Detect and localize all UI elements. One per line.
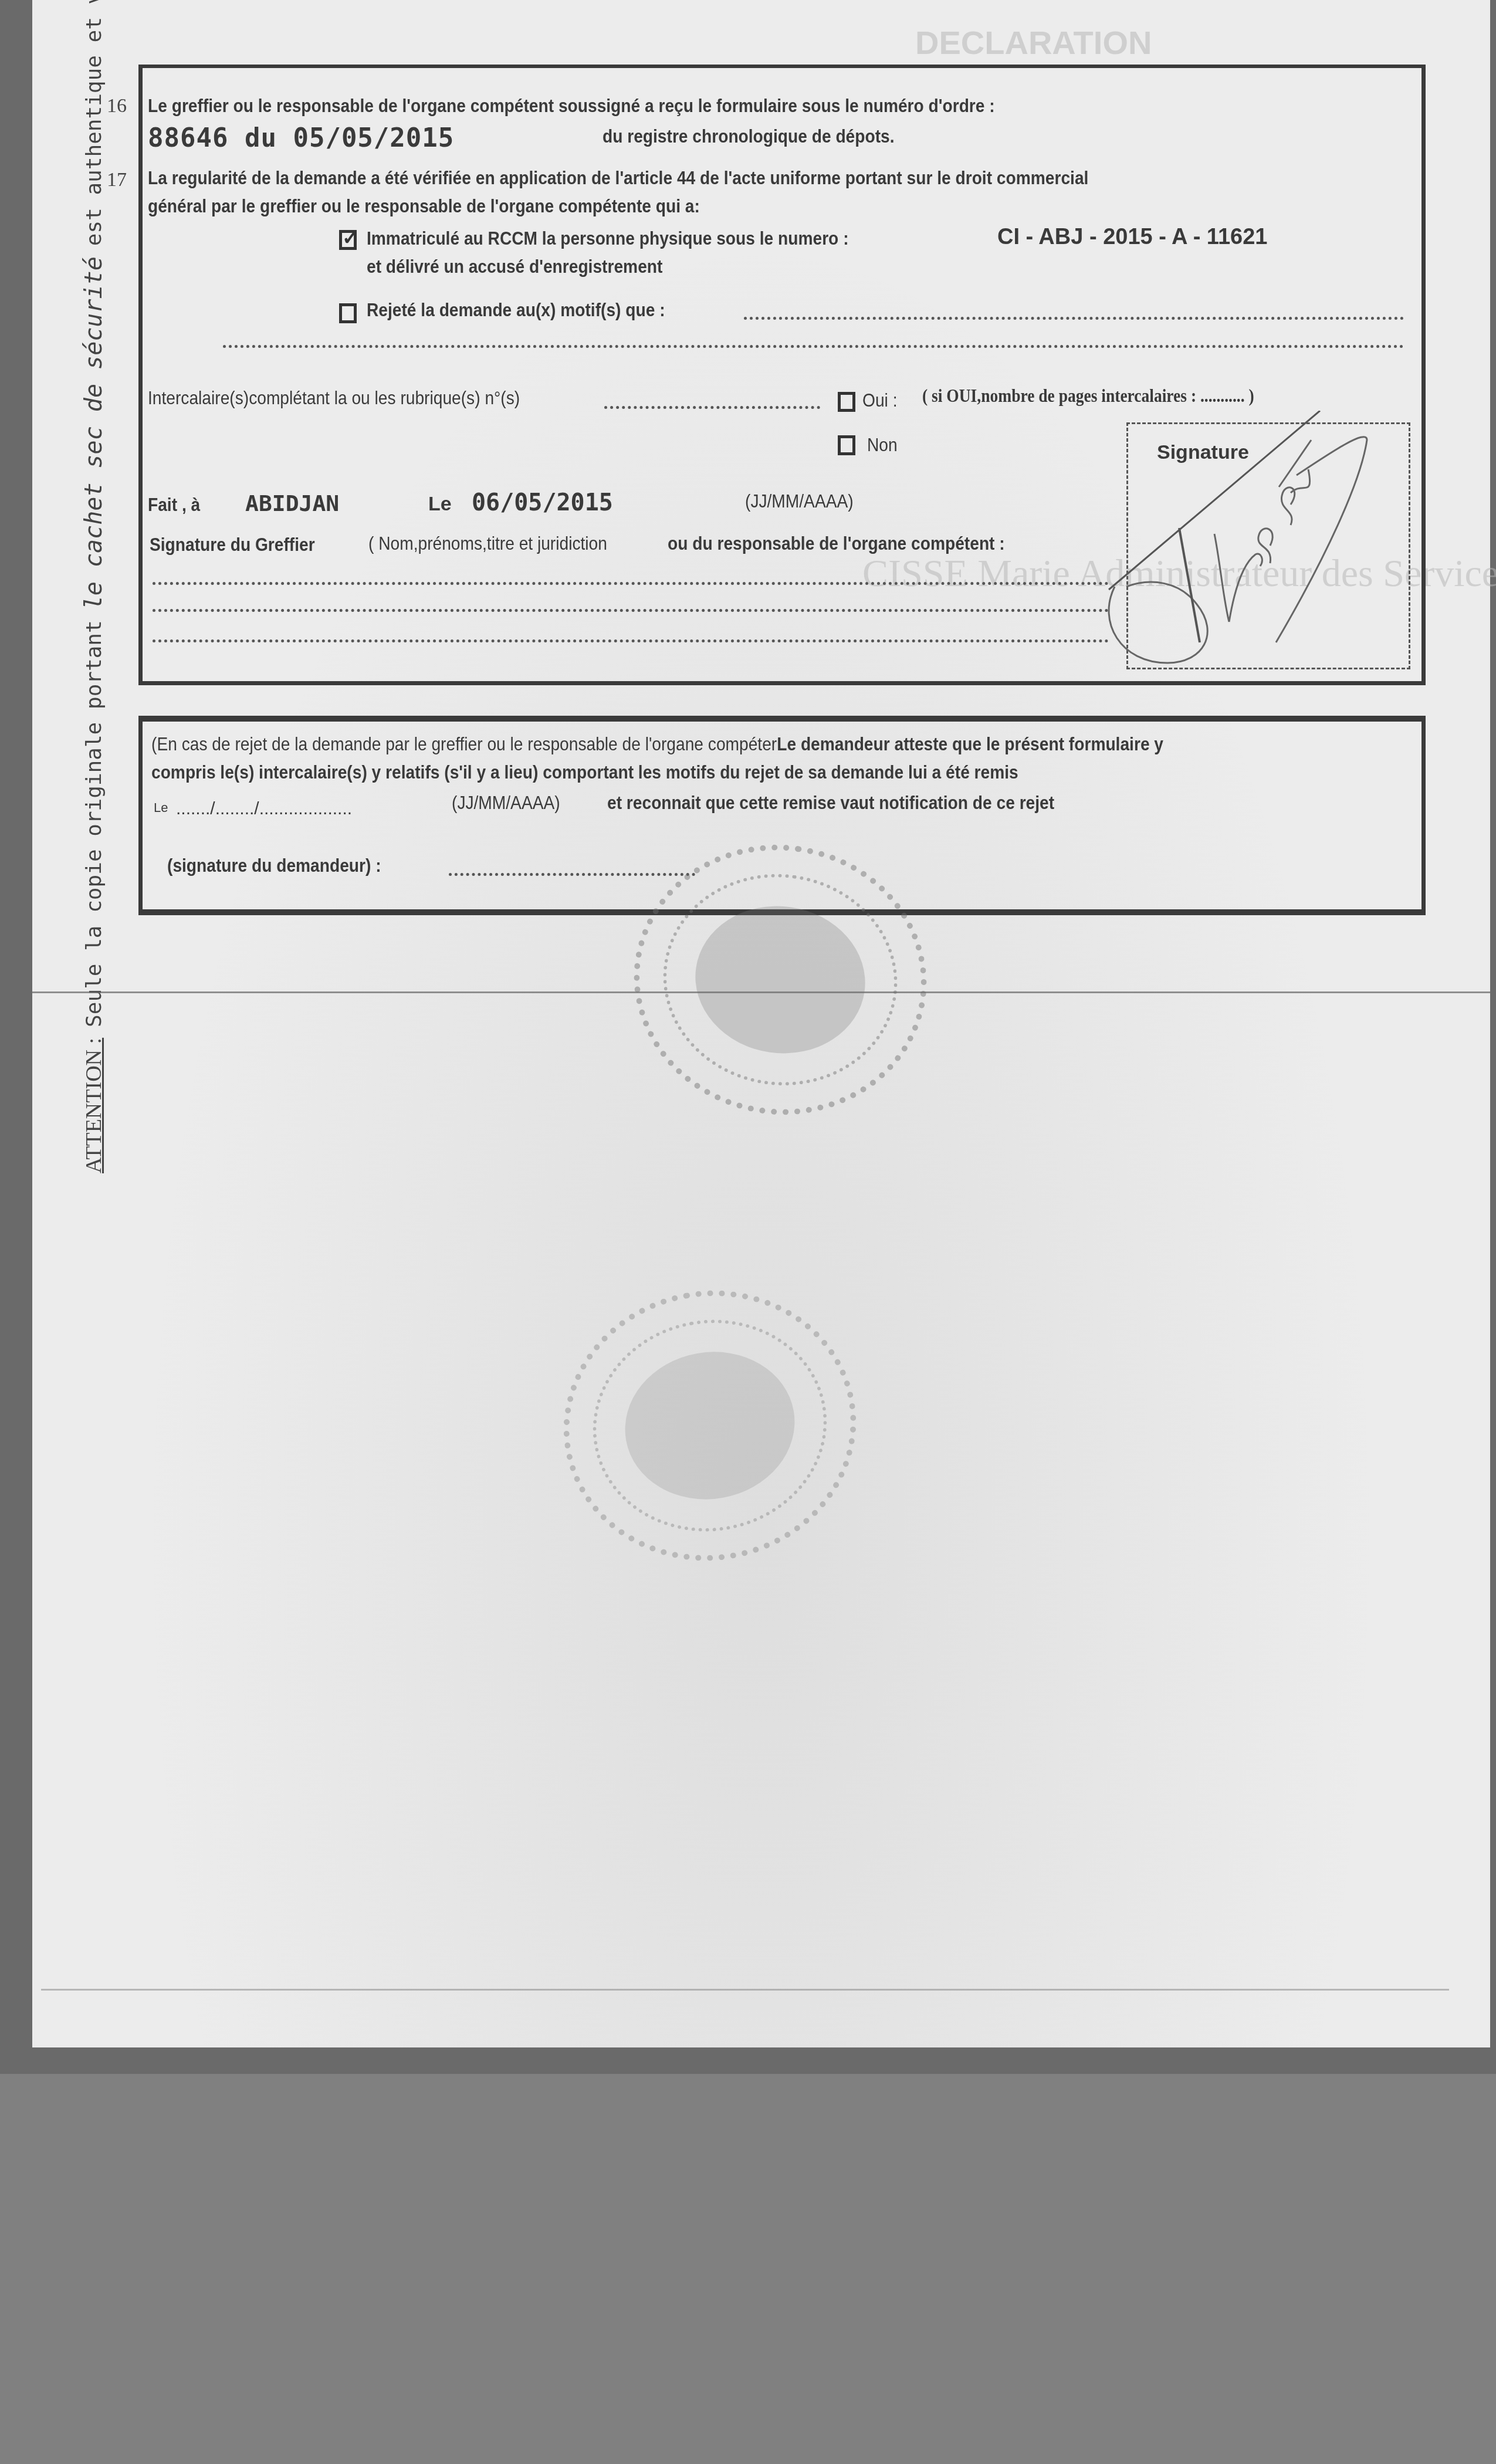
intercalaires-label: Intercalaire(s)complétant la ou les rubr… (148, 387, 520, 409)
rejected-label: Rejeté la demande au(x) motif(s) que : (367, 299, 665, 321)
paper-fold-bottom (41, 1989, 1449, 1991)
greffier-name-field-1[interactable] (153, 582, 1109, 585)
rccm-number: CI - ABJ - 2015 - A - 11621 (997, 225, 1267, 250)
bleed-header: DECLARATION (915, 23, 1152, 62)
rejection-line-1: (En cas de rejet de la demande par le gr… (151, 733, 1163, 755)
greffier-hint-bold: ou du responsable de l'organe compétent … (668, 533, 1005, 554)
handwritten-signature-icon (1103, 411, 1431, 681)
regularity-line-2: général par le greffier ou le responsabl… (148, 195, 700, 217)
greffier-hint: ( Nom,prénoms,titre et juridiction (368, 533, 607, 554)
non-label: Non (867, 434, 898, 456)
receipt-text: Le greffier ou le responsable de l'organ… (148, 95, 995, 117)
check-mark-icon: ✓ (342, 228, 359, 248)
attention-label: ATTENTION : (81, 1038, 107, 1173)
side-note-emphasis: le cachet sec de sécurité (80, 256, 107, 610)
rubrique-numbers-field[interactable] (604, 406, 820, 409)
row-number-17: 17 (107, 169, 127, 191)
row-number-16: 16 (107, 95, 127, 117)
side-authenticity-note: ATTENTION : Seule la copie originale por… (76, 70, 111, 1173)
greffier-signature-label: Signature du Greffier (150, 534, 315, 556)
oui-note: ( si OUI,nombre de pages intercalaires :… (922, 385, 1254, 407)
rejection-date-label: Le (154, 800, 168, 815)
rejected-checkbox[interactable] (339, 303, 357, 323)
date-format-hint: (JJ/MM/AAAA) (745, 490, 854, 512)
rejection-reason-field-2[interactable] (223, 345, 1404, 348)
rejection-date-format: (JJ/MM/AAAA) (452, 792, 560, 814)
rejection-line-1-normal: (En cas de rejet de la demande par le gr… (151, 733, 777, 754)
register-text: du registre chronologique de dépots. (603, 126, 895, 147)
registered-checkbox[interactable]: ✓ (339, 230, 357, 250)
rejection-reason-field-1[interactable] (744, 317, 1404, 320)
date-label: Le (428, 493, 452, 516)
registered-label: Immatriculé au RCCM la personne physique… (367, 228, 849, 249)
intercalaires-non-checkbox[interactable] (838, 435, 855, 455)
applicant-signature-label: (signature du demandeur) : (167, 855, 381, 876)
regularity-line-1: La regularité de la demande a été vérifi… (148, 167, 1088, 189)
done-at-label: Fait , à (148, 494, 200, 516)
notification-text: et reconnait que cette remise vaut notif… (607, 792, 1054, 814)
intercalaires-oui-checkbox[interactable] (838, 392, 855, 412)
side-note-prefix: Seule la copie originale portant (82, 620, 106, 1027)
done-at-city: ABIDJAN (245, 490, 339, 516)
rejection-line-2: compris le(s) intercalaire(s) y relatifs… (151, 761, 1018, 783)
order-number: 88646 du 05/05/2015 (148, 123, 454, 153)
registered-sublabel: et délivré un accusé d'enregistrement (367, 256, 662, 277)
side-note-suffix: est authentique et valable (82, 0, 106, 246)
applicant-signature-field[interactable] (449, 873, 695, 876)
date-value: 06/05/2015 (472, 489, 613, 516)
greffier-name-field-2[interactable] (153, 609, 1109, 612)
rejection-line-1-bold: Le demandeur atteste que le présent form… (777, 733, 1163, 754)
greffier-name-field-3[interactable] (153, 639, 1109, 642)
rejection-date-field[interactable]: ......./......../................... (176, 799, 352, 819)
oui-label: Oui : (862, 390, 897, 411)
paper-fold (32, 991, 1490, 993)
